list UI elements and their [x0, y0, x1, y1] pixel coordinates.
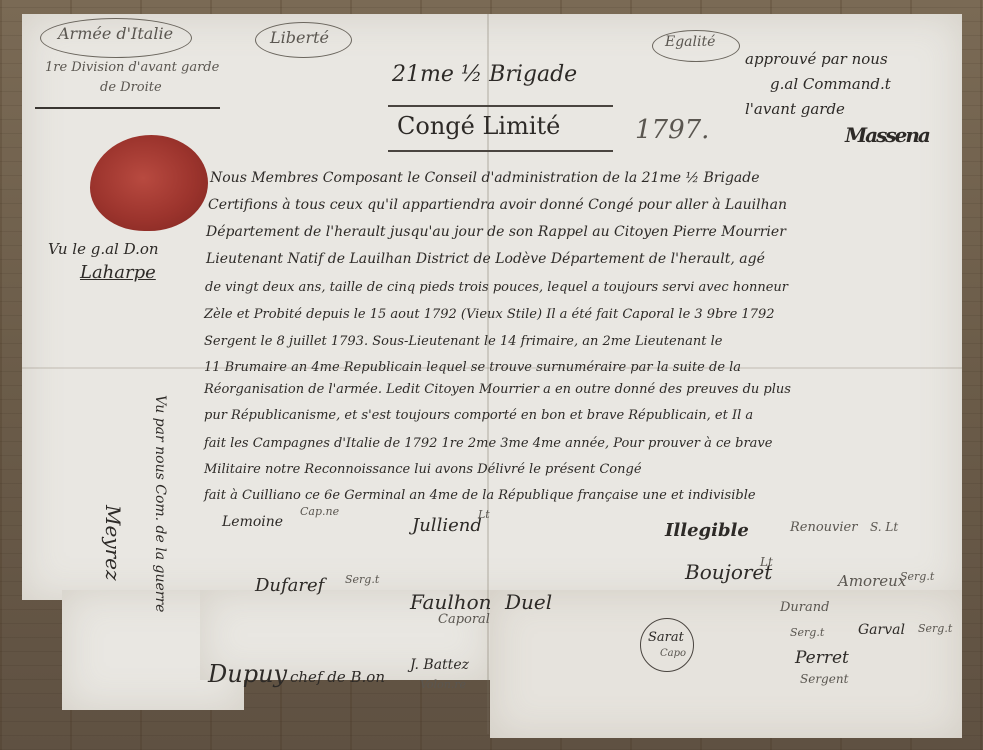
signature: Renouvier [790, 520, 857, 535]
signature-title: S. Lt [870, 520, 898, 534]
body-line: pur Républicanisme, et s'est toujours co… [204, 408, 753, 423]
year-annotation: 1797. [635, 115, 709, 145]
document-title: Congé Limité [397, 112, 560, 140]
header-liberte: Liberté [270, 28, 329, 47]
signature: Dufaref [255, 575, 324, 596]
body-line: fait à Cuilliano ce 6e Germinal an 4me d… [204, 488, 756, 503]
signature: Perret [795, 648, 849, 668]
signature-title: Lt [760, 555, 773, 569]
signature: Faulhon [410, 590, 492, 614]
header-left-rule [35, 107, 220, 109]
signature-title: Serg.t [345, 573, 379, 586]
approval-line1: approuvé par nous [745, 50, 888, 68]
body-line: Nous Membres Composant le Conseil d'admi… [210, 170, 760, 186]
body-line: 11 Brumaire an 4me Republicain lequel se… [204, 360, 741, 375]
margin-note-line1: Vu le g.al D.on [48, 240, 159, 258]
signature: Durand [780, 600, 829, 615]
signature-title: Caporal [438, 612, 490, 627]
body-line: Sergent le 8 juillet 1793. Sous-Lieutena… [204, 334, 722, 349]
signature-title: Serg.t [918, 622, 952, 635]
signature: Dupuy [208, 660, 287, 688]
approval-line3: l'avant garde [745, 100, 845, 118]
vertical-note-signature: Meyrez [101, 505, 125, 581]
margin-note-signature: Laharpe [80, 262, 156, 283]
body-line: de vingt deux ans, taille de cinq pieds … [205, 280, 788, 295]
vertical-note: Vu par nous Com. de la guerre [152, 395, 168, 612]
approval-line2: g.al Command.t [770, 75, 891, 93]
signature: Lemoine [222, 514, 283, 530]
header-army: Armée d'Italie [58, 24, 173, 43]
body-line: Zèle et Probité depuis le 15 aout 1792 (… [204, 307, 775, 322]
body-line: Militaire notre Reconnoissance lui avons… [204, 462, 642, 477]
header-division-line2: de Droite [100, 80, 162, 95]
signature-title: chef de B.on [290, 668, 385, 686]
approval-signature: Massena [845, 123, 929, 147]
header-division-line1: 1re Division d'avant garde [45, 60, 219, 75]
signature-title: Serg.t [790, 626, 824, 639]
signature-title: Volon.re [420, 678, 466, 691]
signature-title: Cap.ne [300, 505, 339, 518]
body-line: fait les Campagnes d'Italie de 1792 1re … [204, 436, 772, 451]
body-line: Lieutenant Natif de Lauilhan District de… [206, 251, 765, 267]
title-rule [388, 150, 613, 152]
signature: Garval [858, 622, 905, 638]
wax-seal [90, 135, 208, 231]
signature-title: Serg.t [900, 570, 934, 583]
signature-circle-frame [640, 618, 694, 672]
signature: Sarat [648, 630, 684, 645]
header-egalite: Egalité [665, 34, 715, 50]
signature-title: Capo [660, 648, 686, 659]
body-line: Réorganisation de l'armée. Ledit Citoyen… [204, 382, 791, 397]
signature: Illegible [665, 520, 749, 541]
signature: Duel [505, 590, 552, 614]
unit-rule [388, 105, 613, 107]
document-paper-lower-right [490, 590, 962, 738]
signature: Julliend [412, 515, 482, 536]
signature: J. Battez [410, 657, 469, 673]
body-line: Certifions à tous ceux qu'il appartiendr… [208, 197, 787, 213]
signature: Amoreux [838, 572, 906, 590]
signature-title: Lt [478, 508, 490, 521]
body-line: Département de l'herault jusqu'au jour d… [206, 224, 786, 240]
signature-title: Sergent [800, 672, 848, 686]
unit-title: 21me ½ Brigade [392, 62, 577, 87]
